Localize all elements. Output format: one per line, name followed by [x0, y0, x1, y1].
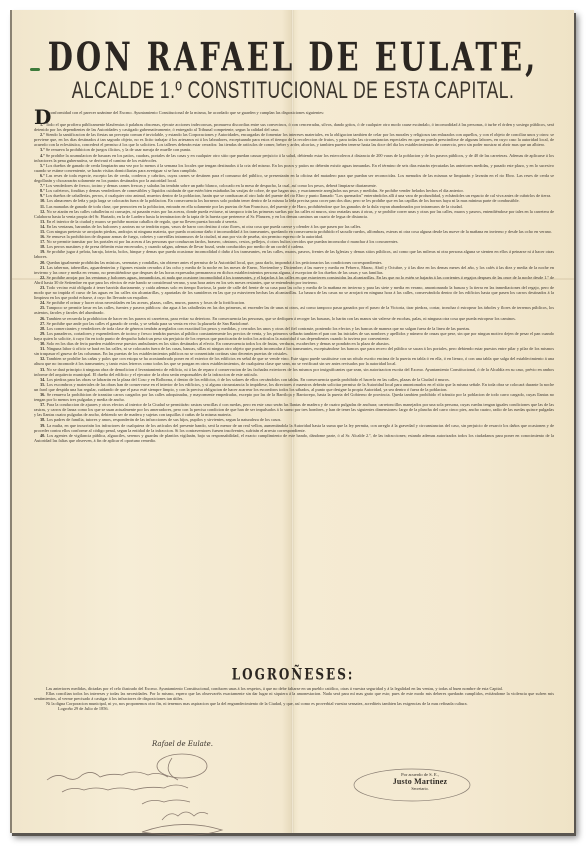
seal-oval-icon: [350, 766, 490, 806]
article-item: 21. Las tabernas, taberrillas, aguardent…: [34, 265, 554, 275]
article-item: 36. Se renueva la prohibicion de transit…: [34, 392, 554, 402]
article-text: Siendo la santificacion de las fiestas u…: [34, 132, 554, 147]
article-text: No se dará principio á ninguna obra de d…: [34, 367, 554, 377]
article-text: Se prohibe arrojar por las ventanas y ba…: [34, 275, 554, 285]
section-heading: LOGROÑESES:: [12, 665, 574, 683]
article-item: 25. Tampoco se permite lavar en las call…: [34, 305, 554, 315]
article-item: 23. Todo vecino está obligado á tener ba…: [34, 285, 554, 300]
secretary-seal: Por acuerdo de S. E., Justo Martinez Sec…: [350, 772, 490, 791]
article-text: Todo el que profiera públicamente blasfe…: [34, 122, 554, 132]
article-item: 6.º Las reses de toda especie, excepto l…: [34, 173, 554, 183]
article-item: 39. La multa, en que incurrirán los infr…: [34, 423, 554, 433]
article-item: 2.º Siendo la santificacion de las fiest…: [34, 132, 554, 147]
closing-paragraph: Ellas concilian todos los intereses y to…: [34, 691, 554, 701]
article-item: 5.º Los dueños de ganado de cerda limpia…: [34, 163, 554, 173]
article-item: 4.º Se prohibe la acumulacion de basuras…: [34, 153, 554, 163]
article-text: Se renueva la prohibicion de transitar c…: [34, 392, 554, 402]
article-item: 32. Tambien se prohibe las cañas y palos…: [34, 356, 554, 366]
printed-signature: Rafael de Eulate.: [152, 740, 213, 748]
article-item: 35. Los escombros y materiales de las ob…: [34, 382, 554, 392]
document-subtitle: ALCALDE 1.º CONSTITUCIONAL DE ESTA CAPIT…: [34, 78, 551, 106]
closing-text: Las anteriores medidas, dictadas por el …: [34, 686, 554, 711]
article-text: Los dueños de ganado de cerda limpiarán …: [34, 163, 554, 173]
intro-text: e conformidad con el parecer unánime del…: [46, 110, 324, 115]
article-item: 37. Para la conduccion de ajuares y otro…: [34, 402, 554, 417]
article-item: 29. Los panaderos, cortadores y expended…: [34, 331, 554, 341]
article-text: La multa, en que incurrirán los infracto…: [34, 423, 554, 433]
intro-paragraph: D e conformidad con el parecer unánime d…: [34, 110, 554, 122]
handwritten-approval-icon: [42, 752, 262, 842]
article-item: 33. No se dará principio á ninguna obra …: [34, 367, 554, 377]
article-item: 1.º Todo el que profiera públicamente bl…: [34, 122, 554, 132]
article-text: Las reses de toda especie, excepto las d…: [34, 173, 554, 183]
article-text: Tambien se prohibe las cañas y palos que…: [34, 356, 554, 366]
article-text: Para la conduccion de ajuares y otros ef…: [34, 402, 554, 417]
article-item: 22. Se prohibe arrojar por las ventanas …: [34, 275, 554, 285]
proclamation-sheet: DON RAFAEL DE EULATE, ALCALDE 1.º CONSTI…: [10, 10, 574, 833]
article-item: 31. Ninguna labor ú oficio se hará en la…: [34, 346, 554, 356]
article-text: Ninguna labor ú oficio se hará en las ca…: [34, 346, 554, 356]
article-text: No se atarán en las calles caballerías n…: [34, 209, 554, 219]
article-item: 40. Los agentes de vigilancia pública, a…: [34, 433, 554, 443]
article-text: Se prohibe jugar á pelota, baraja, loter…: [34, 249, 554, 259]
article-text: Los panaderos, cortadores y expendedores…: [34, 331, 554, 341]
articles-list: 1.º Todo el que profiera públicamente bl…: [34, 122, 554, 443]
ordinance-body: D e conformidad con el parecer unánime d…: [34, 110, 554, 443]
article-item: 12. No se atarán en las calles caballerí…: [34, 209, 554, 219]
drop-cap: D: [34, 107, 51, 127]
article-item: 19. Se prohibe jugar á pelota, baraja, l…: [34, 249, 554, 259]
document-title: DON RAFAEL DE EULATE,: [12, 34, 574, 80]
article-text: Tampoco se permite lavar en las calles, …: [34, 305, 554, 315]
article-text: Los agentes de vigilancia pública, algua…: [34, 433, 554, 443]
article-text: Los escombros y materiales de las obras …: [34, 382, 554, 392]
article-text: Todo vecino está obligado á tener barrid…: [34, 285, 554, 300]
date-line: Logroño 29 de Julio de 1856.: [34, 706, 554, 711]
article-text: Se prohibe la acumulacion de basuras en …: [34, 153, 554, 163]
article-text: Las tabernas, taberrillas, aguardentería…: [34, 265, 554, 275]
